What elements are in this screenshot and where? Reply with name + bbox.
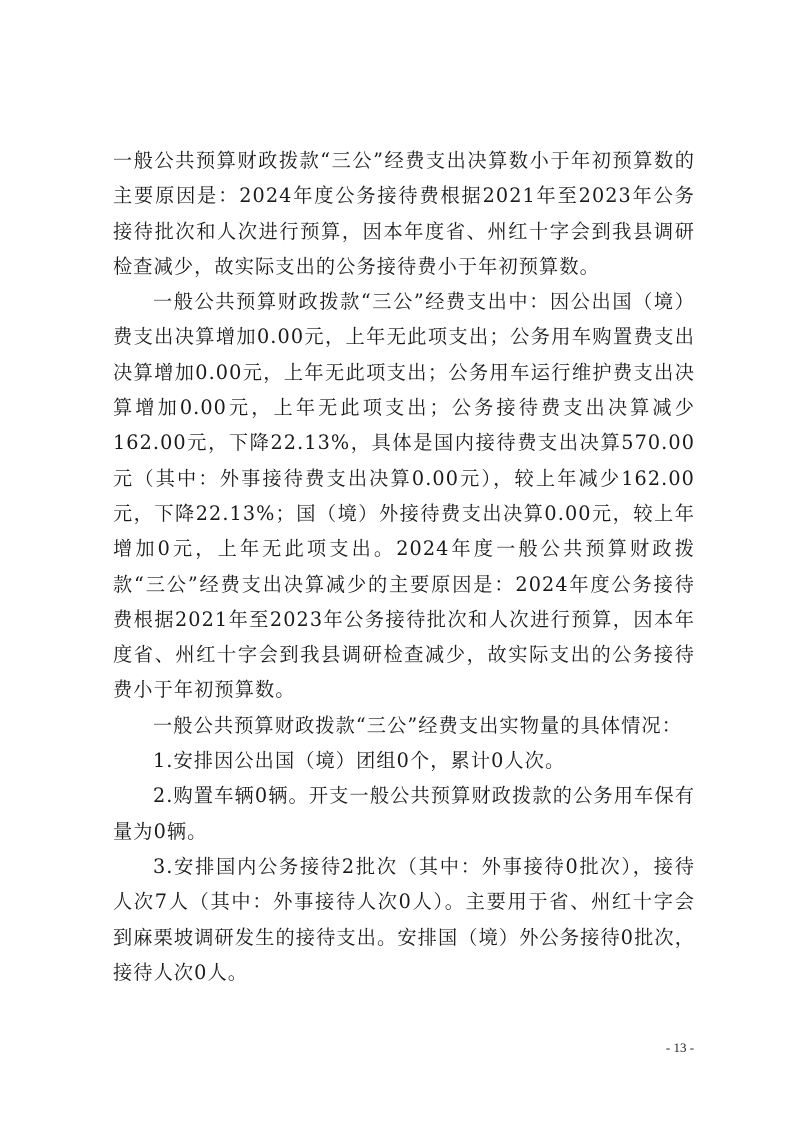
- paragraph-three-public-expenses: 一般公共预算财政拨款“三公”经费支出中：因公出国（境）费支出决算增加0.00元，…: [113, 284, 695, 708]
- list-item-vehicles: 2.购置车辆0辆。开支一般公共预算财政拨款的公务用车保有量为0辆。: [113, 778, 695, 849]
- paragraph-physical-quantity-heading: 一般公共预算财政拨款“三公”经费支出实物量的具体情况：: [113, 708, 695, 743]
- page-number: - 13 -: [640, 1040, 720, 1056]
- paragraph-reason-summary: 一般公共预算财政拨款“三公”经费支出决算数小于年初预算数的主要原因是：2024年…: [113, 143, 695, 284]
- list-item-overseas-groups: 1.安排因公出国（境）团组0个，累计0人次。: [113, 743, 695, 778]
- document-body: 一般公共预算财政拨款“三公”经费支出决算数小于年初预算数的主要原因是：2024年…: [113, 143, 695, 990]
- list-item-reception: 3.安排国内公务接待2批次（其中：外事接待0批次），接待人次7人（其中：外事接待…: [113, 849, 695, 990]
